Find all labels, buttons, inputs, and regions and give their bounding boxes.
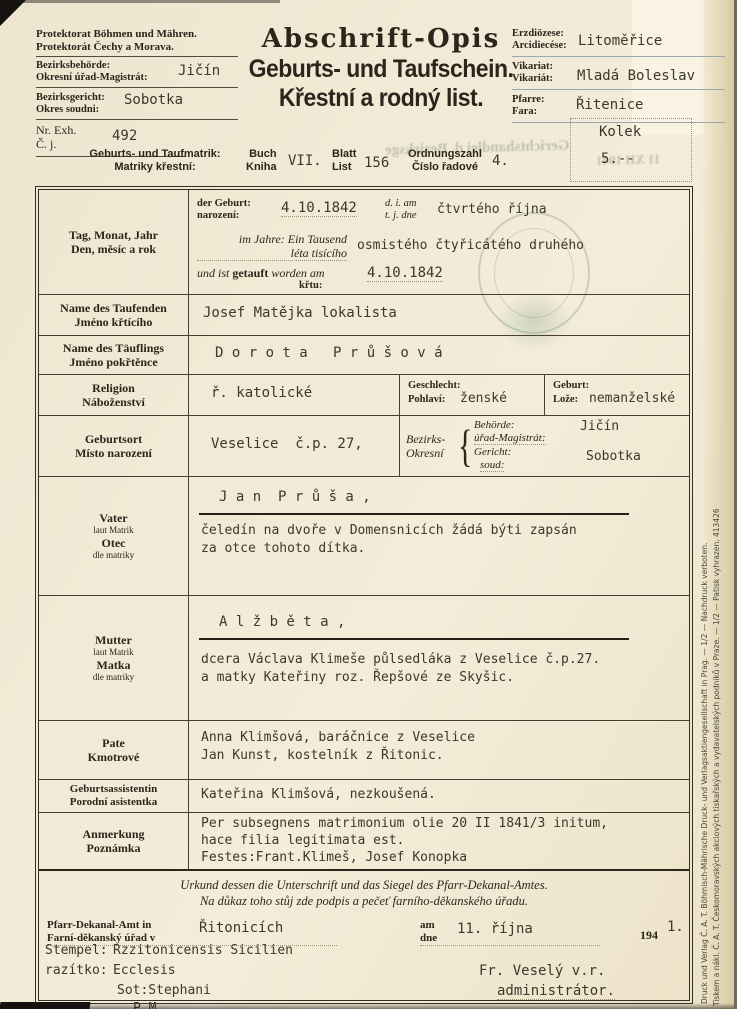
diam-de: d. i. am bbox=[385, 198, 417, 210]
jahre-cs: léta tisícího bbox=[197, 246, 347, 261]
pfarre-labels: Pfarre: Fara: bbox=[512, 94, 544, 118]
anmerkung-line2: hace filia legitimata est. bbox=[201, 833, 405, 848]
divider bbox=[512, 89, 725, 90]
geburtsort-value: Veselice č.p. 27, bbox=[211, 436, 363, 452]
row-birth-date: Tag, Monat, Jahr Den, měsíc a rok der Ge… bbox=[39, 190, 689, 295]
row-mutter: Mutter laut Matrik Matka dle matriky A l… bbox=[39, 596, 689, 721]
taufender-value: Josef Matějka lokalista bbox=[203, 305, 397, 321]
birth-certificate-scan: Gerichtshandlei d. Bezirksge 11 XII 1941… bbox=[0, 0, 737, 1009]
vater-text-line1: čeledín na dvoře v Domensnicích žádá být… bbox=[201, 523, 577, 538]
geburt-de: der Geburt: bbox=[197, 198, 251, 210]
anmerkung-label-de: Anmerkung bbox=[82, 827, 144, 841]
taeufling-label-de: Name des Täuflings bbox=[63, 341, 164, 355]
anmerkung-line3: Festes:Frant.Klimeš, Josef Konopka bbox=[201, 850, 467, 865]
brace-glyph: { bbox=[458, 422, 472, 473]
assistentin-value: Kateřina Klimšová, nezkoušená. bbox=[201, 787, 436, 802]
gericht-value: Sobotka bbox=[586, 449, 641, 464]
lage-de: Geburt: bbox=[553, 380, 589, 392]
taeufling-label-cs: Jméno pokřtěnce bbox=[69, 355, 157, 369]
assistentin-content-cell: Kateřina Klimšová, nezkoušená. bbox=[189, 780, 689, 812]
geburtsort-label-cell: Geburtsort Místo narození bbox=[39, 416, 189, 476]
mutter-text-line2: a matky Kateřiny roz. Řepšové ze Skyšic. bbox=[201, 670, 514, 685]
kolek-value: 5.-- bbox=[601, 151, 635, 167]
divider bbox=[36, 87, 238, 88]
row-anmerkung: Anmerkung Poznámka Per subsegnens matrim… bbox=[39, 813, 689, 871]
mutter-label-cs: Matka bbox=[97, 658, 131, 672]
tauf-de-part2: getauft bbox=[232, 266, 268, 280]
document-title-block: Abschrift-Opis Geburts- und Taufschein. … bbox=[248, 24, 514, 112]
assistentin-label-de: Geburtsassistentin bbox=[70, 783, 157, 796]
vikariat-de: Vikariat: bbox=[512, 61, 553, 73]
taufender-label-de: Name des Taufenden bbox=[60, 301, 167, 315]
erzdioezese-labels: Erzdiözese: Arcidiecése: bbox=[512, 28, 567, 52]
pate-label-cell: Pate Kmotrové bbox=[39, 721, 189, 779]
stempel-de: Stempel: bbox=[45, 943, 108, 958]
amt-labels: Pfarr-Dekanal-Amt in Farní-děkanský úřad… bbox=[47, 919, 337, 946]
erzdioezese-de: Erzdiözese: bbox=[512, 28, 567, 40]
vater-name-underline bbox=[199, 513, 629, 515]
protektorat-cs: Protektorát Čechy a Morava. bbox=[36, 41, 197, 54]
jahre-de: im Jahre: Ein Tausend bbox=[197, 232, 347, 246]
assistentin-label-cs: Porodní asistentka bbox=[70, 796, 158, 809]
geburtsort-value-cell: Veselice č.p. 27, bbox=[189, 416, 400, 476]
diam-labels: d. i. am t. j. dne bbox=[385, 198, 417, 222]
matrik-cs: Matriky křestní: bbox=[60, 161, 250, 174]
mutter-label-cell: Mutter laut Matrik Matka dle matriky bbox=[39, 596, 189, 720]
pate-line1: Anna Klimšová, baráčnice z Veselice bbox=[201, 730, 475, 745]
tauf-de-part3: worden am bbox=[268, 266, 324, 280]
religion-value: ř. katolické bbox=[211, 385, 312, 401]
taeufling-content-cell: D o r o t a P r ů š o v á bbox=[189, 336, 689, 374]
ordnungszahl-value: 4. bbox=[492, 153, 509, 169]
birth-date-content-cell: der Geburt: narození: 4.10.1842 d. i. am… bbox=[189, 190, 689, 294]
row-vater: Vater laut Matrik Otec dle matriky J a n… bbox=[39, 477, 689, 596]
year-printed: 194 bbox=[640, 929, 658, 941]
geburt-cs: narození: bbox=[197, 210, 251, 222]
birth-year-words: osmistého čtyřicátého druhého bbox=[357, 238, 584, 253]
religion-label-cs: Náboženství bbox=[82, 395, 145, 409]
row-geburtsort: Geburtsort Místo narození Veselice č.p. … bbox=[39, 416, 689, 477]
bezirks-de: Bezirks- bbox=[406, 432, 445, 446]
kolek-stamp-box: Kolek 5.-- bbox=[570, 118, 692, 182]
taeufling-label-cell: Name des Täuflings Jméno pokřtěnce bbox=[39, 336, 189, 374]
bezirks-cs: Okresní bbox=[406, 446, 445, 460]
mutter-label-de: Mutter bbox=[95, 633, 132, 647]
printer-imprint-cs: Tiskem a nákl. Č. A. T. Českomoravských … bbox=[712, 508, 721, 1006]
lage-cs: Lože: bbox=[553, 394, 578, 406]
buch-de: Buch bbox=[246, 148, 277, 161]
behoerde-value: Jičín bbox=[580, 419, 619, 434]
ordnungszahl-de: Ordnungszahl bbox=[408, 148, 482, 161]
pfarre-value: Řitenice bbox=[576, 97, 643, 113]
signature-title: administrátor. bbox=[497, 983, 615, 1000]
behoerde-cs: úřad-Magistrát: bbox=[474, 432, 546, 445]
vater-label-cs: Otec bbox=[102, 536, 126, 550]
pfarre-de: Pfarre: bbox=[512, 94, 544, 106]
buch-labels: Buch Kniha bbox=[246, 148, 277, 174]
geschlecht-de: Geschlecht: bbox=[408, 380, 461, 392]
geschlecht-cell: Geschlecht: Pohlaví: ženské bbox=[400, 375, 545, 415]
protektorat-block: Protektorat Böhmen und Mähren. Protektor… bbox=[36, 28, 197, 54]
taufender-label-cs: Jméno křtícího bbox=[75, 315, 153, 329]
title-krestni-rodny-list: Křestní a rodný list. bbox=[248, 82, 514, 114]
row-assistentin: Geburtsassistentin Porodní asistentka Ka… bbox=[39, 780, 689, 813]
bezirksgericht-de: Bezirksgericht: bbox=[36, 92, 105, 104]
pate-label-cs: Kmotrové bbox=[88, 750, 140, 764]
nr-exh-de: Nr. Exh. bbox=[36, 123, 76, 137]
scan-edge-top bbox=[0, 0, 280, 3]
bezirksbehoerde-cs: Okresní úřad-Magistrát: bbox=[36, 72, 148, 84]
ordnungszahl-cs: Číslo řadové bbox=[408, 161, 482, 174]
vater-sublabel-de: laut Matrik bbox=[93, 525, 133, 536]
vater-sublabel-cs: dle matriky bbox=[93, 550, 134, 561]
birth-label-de: Tag, Monat, Jahr bbox=[69, 228, 158, 242]
behoerde-de: Behörde: bbox=[474, 419, 515, 431]
religion-label-cell: Religion Náboženství bbox=[39, 375, 189, 415]
signature-name: Fr. Veselý v.r. bbox=[479, 963, 605, 979]
nr-exh-value: 492 bbox=[112, 128, 137, 144]
row-taufender: Name des Taufenden Jméno křtícího Josef … bbox=[39, 295, 689, 336]
geschlecht-cs: Pohlaví: bbox=[408, 394, 445, 406]
bezirksbehoerde-de: Bezirksbehörde: bbox=[36, 60, 148, 72]
stempel-line2: Ecclesis bbox=[113, 963, 176, 978]
bezirksgericht-cs: Okres soudni: bbox=[36, 104, 105, 116]
mutter-content-cell: A l ž b ě t a , dcera Václava Klimeše pů… bbox=[189, 596, 689, 720]
erzdioezese-cs: Arcidiecése: bbox=[512, 40, 567, 52]
mutter-sublabel-cs: dle matriky bbox=[93, 672, 134, 683]
title-abschrift-opis: Abschrift-Opis bbox=[248, 24, 514, 54]
religion-label-de: Religion bbox=[92, 381, 135, 395]
mutter-sublabel-de: laut Matrik bbox=[93, 647, 133, 658]
geschlecht-value: ženské bbox=[460, 391, 507, 406]
protektorat-de: Protektorat Böhmen und Mähren. bbox=[36, 28, 197, 41]
birth-date-value: 4.10.1842 bbox=[281, 200, 357, 217]
anmerkung-line1: Per subsegnens matrimonium olie 20 II 18… bbox=[201, 816, 608, 831]
urkund-cs: Na důkaz toho stůj zde podpis a pečeť fa… bbox=[39, 893, 689, 909]
pate-content-cell: Anna Klimšová, baráčnice z Veselice Jan … bbox=[189, 721, 689, 779]
scan-corner-top-left bbox=[0, 0, 26, 26]
vikariat-cs: Vikariát: bbox=[512, 73, 553, 85]
matrik-de: Geburts- und Taufmatrik: bbox=[60, 148, 250, 161]
blatt-de: Blatt bbox=[332, 148, 356, 161]
stempel-line3: Sot:Stephani bbox=[117, 983, 211, 998]
tauf-line: und ist getauft worden am bbox=[197, 266, 325, 281]
scan-shadow-bottom bbox=[0, 1003, 737, 1009]
title-geburts-taufschein: Geburts- und Taufschein. bbox=[248, 53, 514, 85]
vater-label-de: Vater bbox=[99, 511, 127, 525]
anmerkung-label-cell: Anmerkung Poznámka bbox=[39, 813, 189, 869]
mutter-text-line1: dcera Václava Klimeše půlsedláka z Vesel… bbox=[201, 652, 600, 667]
geburt-labels: der Geburt: narození: bbox=[197, 198, 251, 222]
religion-value-cell: ř. katolické bbox=[189, 375, 400, 415]
vater-content-cell: J a n P r ů š a , čeledín na dvoře v Dom… bbox=[189, 477, 689, 595]
geburtsort-label-de: Geburtsort bbox=[85, 432, 142, 446]
jahre-labels: im Jahre: Ein Tausend léta tisícího bbox=[197, 232, 347, 261]
buch-cs: Kniha bbox=[246, 161, 277, 174]
mutter-name-underline bbox=[199, 638, 629, 640]
birth-date-words: čtvrtého října bbox=[437, 202, 547, 217]
birth-label-cs: Den, měsíc a rok bbox=[71, 242, 156, 256]
lage-cell: Geburt: Lože: nemanželské bbox=[545, 375, 689, 415]
divider bbox=[512, 56, 725, 57]
pate-label-de: Pate bbox=[102, 736, 125, 750]
row-religion: Religion Náboženství ř. katolické Geschl… bbox=[39, 375, 689, 416]
main-form-box: Tag, Monat, Jahr Den, měsíc a rok der Ge… bbox=[35, 186, 693, 1004]
anmerkung-content-cell: Per subsegnens matrimonium olie 20 II 18… bbox=[189, 813, 689, 869]
scan-corner-bottom-left bbox=[0, 1002, 90, 1009]
geburtsort-district-cell: Bezirks- Okresní { Behörde: úřad-Magistr… bbox=[400, 416, 689, 476]
bezirks-labels: Bezirks- Okresní bbox=[406, 432, 445, 460]
taufender-label-cell: Name des Taufenden Jméno křtícího bbox=[39, 295, 189, 335]
lage-value: nemanželské bbox=[589, 391, 675, 406]
printer-imprint-de: Druck und Verlag Č. A. T. Böhmisch-Mähri… bbox=[700, 543, 709, 1004]
diam-cs: t. j. dne bbox=[385, 210, 417, 222]
ordnungszahl-labels: Ordnungszahl Číslo řadové bbox=[408, 148, 482, 174]
blatt-cs: List bbox=[332, 161, 356, 174]
baptism-date-value: 4.10.1842 bbox=[367, 265, 443, 282]
anmerkung-label-cs: Poznámka bbox=[87, 841, 141, 855]
taeufling-value: D o r o t a P r ů š o v á bbox=[215, 345, 443, 361]
urkund-de: Urkund dessen die Unterschrift und das S… bbox=[39, 877, 689, 893]
bezirksgericht-value: Sobotka bbox=[124, 92, 183, 108]
taufender-content-cell: Josef Matějka lokalista bbox=[189, 295, 689, 335]
nr-exh-block: Nr. Exh. Č. j. bbox=[36, 123, 76, 151]
gericht-cs: soud: bbox=[480, 459, 504, 472]
main-form-inner: Tag, Monat, Jahr Den, měsíc a rok der Ge… bbox=[38, 189, 690, 1001]
assistentin-label-cell: Geburtsassistentin Porodní asistentka bbox=[39, 780, 189, 812]
vikariat-value: Mladá Boleslav bbox=[577, 68, 695, 84]
blatt-labels: Blatt List bbox=[332, 148, 356, 174]
erzdioezese-value: Litoměřice bbox=[578, 33, 662, 49]
footer-section: Urkund dessen die Unterschrift und das S… bbox=[39, 871, 689, 1000]
amt-value: Řitonicích bbox=[199, 920, 283, 936]
vater-text-line2: za otce tohoto dítka. bbox=[201, 541, 365, 556]
bezirksgericht-labels: Bezirksgericht: Okres soudni: bbox=[36, 92, 105, 116]
vater-label-cell: Vater laut Matrik Otec dle matriky bbox=[39, 477, 189, 595]
divider bbox=[36, 119, 238, 120]
mutter-name: A l ž b ě t a , bbox=[219, 614, 345, 630]
date-value: 11. října bbox=[457, 921, 533, 937]
row-taeufling: Name des Täuflings Jméno pokřtěnce D o r… bbox=[39, 336, 689, 375]
divider bbox=[36, 56, 238, 57]
kolek-label: Kolek bbox=[599, 124, 641, 140]
gericht-de: Gericht: bbox=[474, 446, 511, 458]
bezirksbehoerde-value: Jičín bbox=[178, 63, 220, 79]
stempel-line1: Rzzitonicensis Sicilien bbox=[113, 943, 293, 958]
matrik-labels: Geburts- und Taufmatrik: Matriky křestní… bbox=[60, 148, 250, 174]
buch-value: VII. bbox=[288, 153, 322, 169]
birth-date-label-cell: Tag, Monat, Jahr Den, měsíc a rok bbox=[39, 190, 189, 294]
year-typed: 1. bbox=[667, 919, 684, 935]
geburtsort-label-cs: Místo narození bbox=[75, 446, 152, 460]
amt-de: Pfarr-Dekanal-Amt in bbox=[47, 919, 337, 932]
blatt-value: 156 bbox=[364, 155, 389, 171]
vikariat-labels: Vikariat: Vikariát: bbox=[512, 61, 553, 85]
pfarre-cs: Fara: bbox=[512, 106, 544, 118]
tauf-de-part1: und ist bbox=[197, 266, 232, 280]
tauf-cs: křtu: bbox=[299, 280, 322, 292]
bezirksbehoerde-labels: Bezirksbehörde: Okresní úřad-Magistrát: bbox=[36, 60, 148, 84]
pate-line2: Jan Kunst, kostelník z Řitonic. bbox=[201, 748, 444, 763]
row-pate: Pate Kmotrové Anna Klimšová, baráčnice z… bbox=[39, 721, 689, 780]
stempel-cs: razítko: bbox=[45, 963, 108, 978]
vater-name: J a n P r ů š a , bbox=[219, 489, 371, 505]
